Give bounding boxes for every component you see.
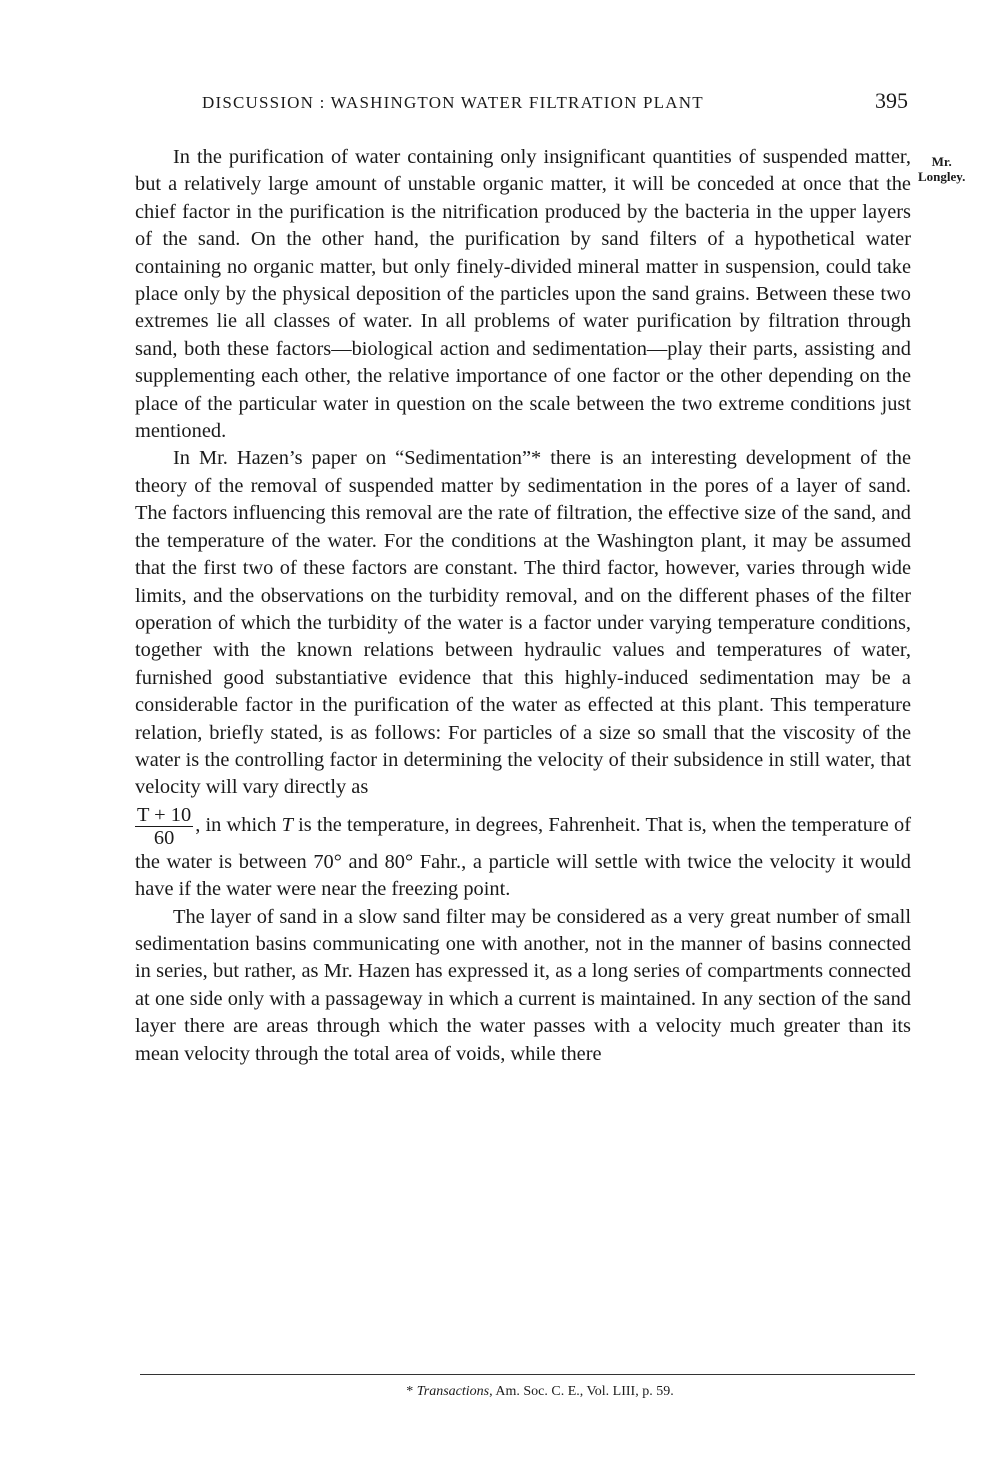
page-number: 395 [875, 88, 908, 114]
temperature-variable: T [282, 814, 293, 836]
running-header-title: DISCUSSION : WASHINGTON WATER FILTRATION… [202, 93, 704, 113]
formula-line: T + 1060, in which T is the temperature,… [135, 804, 911, 904]
fraction-numerator: T + 10 [135, 804, 193, 827]
speaker-margin-note: Mr. Longley. [918, 154, 965, 184]
footnote-marker: * [406, 1384, 417, 1399]
temperature-fraction: T + 1060 [135, 804, 193, 849]
paragraph-2: In Mr. Hazen’s paper on “Sedimentation”*… [135, 445, 911, 903]
footnote-divider [140, 1374, 915, 1375]
footnote: * Transactions, Am. Soc. C. E., Vol. LII… [40, 1384, 1000, 1400]
body-text: In the purification of water containing … [135, 144, 911, 1068]
formula-trailing-text-1: , in which [195, 814, 281, 836]
paragraph-2-text: In Mr. Hazen’s paper on “Sedimentation”*… [135, 447, 911, 798]
fraction-denominator: 60 [135, 827, 193, 849]
margin-note-line1: Mr. [918, 154, 965, 169]
running-header: DISCUSSION : WASHINGTON WATER FILTRATION… [202, 88, 908, 114]
footnote-journal-title: Transactions [417, 1384, 489, 1399]
margin-note-line2: Longley. [918, 169, 965, 184]
paragraph-3: The layer of sand in a slow sand filter … [135, 904, 911, 1068]
footnote-citation: , Am. Soc. C. E., Vol. LIII, p. 59. [489, 1384, 674, 1399]
paragraph-1: In the purification of water containing … [135, 144, 911, 445]
